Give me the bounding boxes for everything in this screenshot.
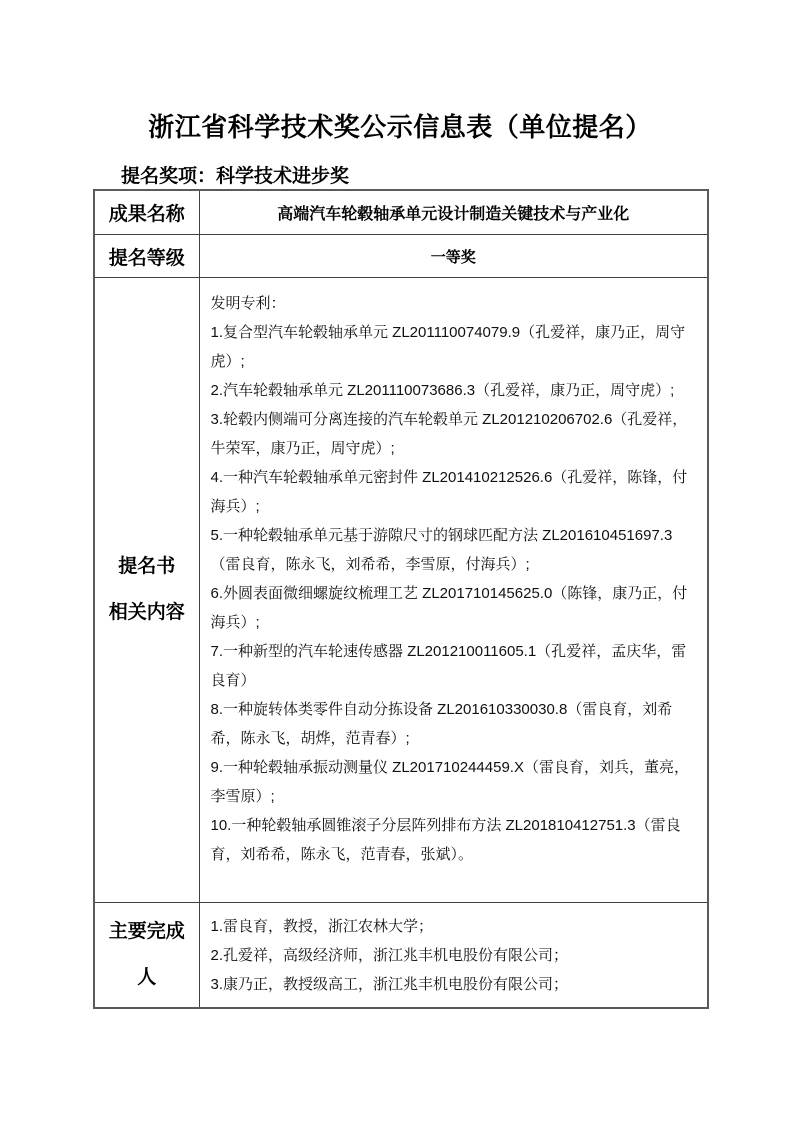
page-title: 浙江省科学技术奖公示信息表（单位提名） (0, 0, 800, 143)
person-item: 2.孔爱祥，高级经济师，浙江兆丰机电股份有限公司； (211, 941, 700, 970)
patent-item: 10.一种轮毂轴承圆锥滚子分层阵列排布方法 ZL201810412751.3（雷… (211, 811, 700, 869)
main-completers-cell: 1.雷良育，教授，浙江农林大学； 2.孔爱祥，高级经济师，浙江兆丰机电股份有限公… (199, 903, 708, 1009)
related-content-cell: 发明专利： 1.复合型汽车轮毂轴承单元 ZL201110074079.9（孔爱祥… (199, 278, 708, 903)
patent-list-heading: 发明专利： (211, 289, 700, 318)
nomination-grade-label: 提名等级 (94, 235, 199, 278)
nomination-award-line: 提名奖项：科学技术进步奖 (121, 164, 800, 189)
patent-item: 4.一种汽车轮毂轴承单元密封件 ZL201410212526.6（孔爱祥，陈锋，… (211, 463, 700, 521)
nomination-award-label: 提名奖项： (121, 166, 216, 187)
patent-item: 9.一种轮毂轴承振动测量仪 ZL201710244459.X（雷良育，刘兵，董亮… (211, 753, 700, 811)
result-name-label: 成果名称 (94, 190, 199, 235)
patent-item: 3.轮毂内侧端可分离连接的汽车轮毂单元 ZL201210206702.6（孔爱祥… (211, 405, 700, 463)
table-row-result-name: 成果名称 高端汽车轮毂轴承单元设计制造关键技术与产业化 (94, 190, 708, 235)
patent-item: 6.外圆表面微细螺旋纹梳理工艺 ZL201710145625.0（陈锋，康乃正，… (211, 579, 700, 637)
document-page: 浙江省科学技术奖公示信息表（单位提名） 提名奖项：科学技术进步奖 成果名称 高端… (0, 0, 800, 1131)
award-info-table: 成果名称 高端汽车轮毂轴承单元设计制造关键技术与产业化 提名等级 一等奖 提名书… (93, 189, 709, 1009)
patent-item: 1.复合型汽车轮毂轴承单元 ZL201110074079.9（孔爱祥，康乃正，周… (211, 318, 700, 376)
related-content-label-line1: 提名书 (95, 544, 199, 590)
table-row-main-completers: 主要完成 人 1.雷良育，教授，浙江农林大学； 2.孔爱祥，高级经济师，浙江兆丰… (94, 903, 708, 1009)
main-completers-label-line2: 人 (95, 955, 199, 1001)
nomination-grade-value: 一等奖 (199, 235, 708, 278)
person-item: 1.雷良育，教授，浙江农林大学； (211, 912, 700, 941)
related-content-label-line2: 相关内容 (95, 590, 199, 636)
nomination-award-value: 科学技术进步奖 (216, 166, 349, 187)
table-row-related-content: 提名书 相关内容 发明专利： 1.复合型汽车轮毂轴承单元 ZL201110074… (94, 278, 708, 903)
main-completers-label-line1: 主要完成 (95, 909, 199, 955)
person-item: 3.康乃正，教授级高工，浙江兆丰机电股份有限公司； (211, 970, 700, 999)
main-completers-label: 主要完成 人 (94, 903, 199, 1009)
patent-item: 2.汽车轮毂轴承单元 ZL201110073686.3（孔爱祥，康乃正，周守虎）… (211, 376, 700, 405)
patent-item: 8.一种旋转体类零件自动分拣设备 ZL201610330030.8（雷良育，刘希… (211, 695, 700, 753)
result-name-value: 高端汽车轮毂轴承单元设计制造关键技术与产业化 (199, 190, 708, 235)
related-content-label: 提名书 相关内容 (94, 278, 199, 903)
patent-item: 7.一种新型的汽车轮速传感器 ZL201210011605.1（孔爱祥，孟庆华，… (211, 637, 700, 695)
patent-item: 5.一种轮毂轴承单元基于游隙尺寸的钢球匹配方法 ZL201610451697.3… (211, 521, 700, 579)
table-row-nomination-grade: 提名等级 一等奖 (94, 235, 708, 278)
